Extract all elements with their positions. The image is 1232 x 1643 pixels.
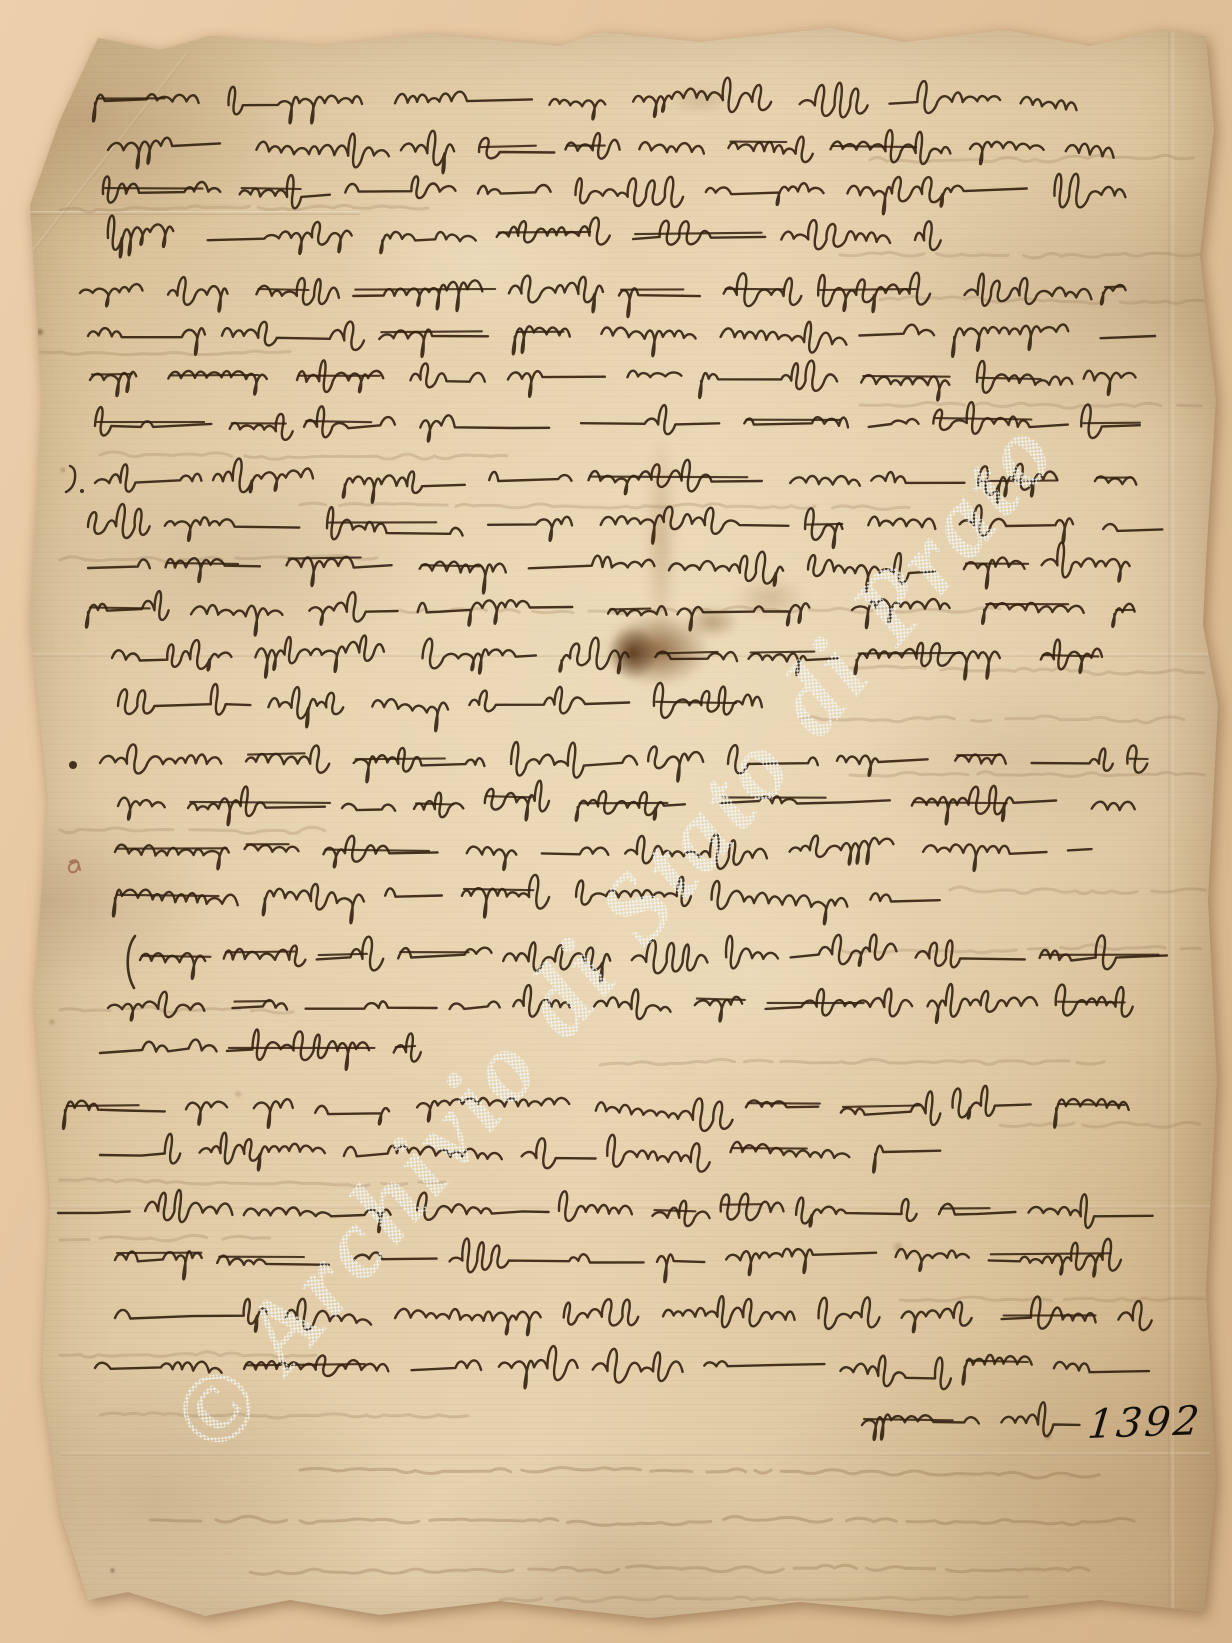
scan-background: 1392 © Archivio di Stato di Prato	[0, 0, 1232, 1643]
paper-spot	[892, 1241, 904, 1253]
ink-blot	[732, 576, 808, 620]
paper-spot	[1044, 1433, 1052, 1441]
paper-spot	[110, 1568, 115, 1573]
manuscript-page: 1392 © Archivio di Stato di Prato	[0, 0, 1232, 1643]
ink-blot	[684, 605, 740, 639]
paper-shadow: 1392 © Archivio di Stato di Prato	[0, 0, 1232, 1643]
paper-spot	[49, 1019, 55, 1025]
ink-blot	[666, 86, 734, 114]
paper-spot	[234, 1090, 242, 1098]
paper-spot	[36, 328, 44, 336]
paper-spot	[60, 467, 66, 473]
date-year-text: 1392	[1086, 1398, 1205, 1448]
ink-blot	[608, 626, 658, 680]
